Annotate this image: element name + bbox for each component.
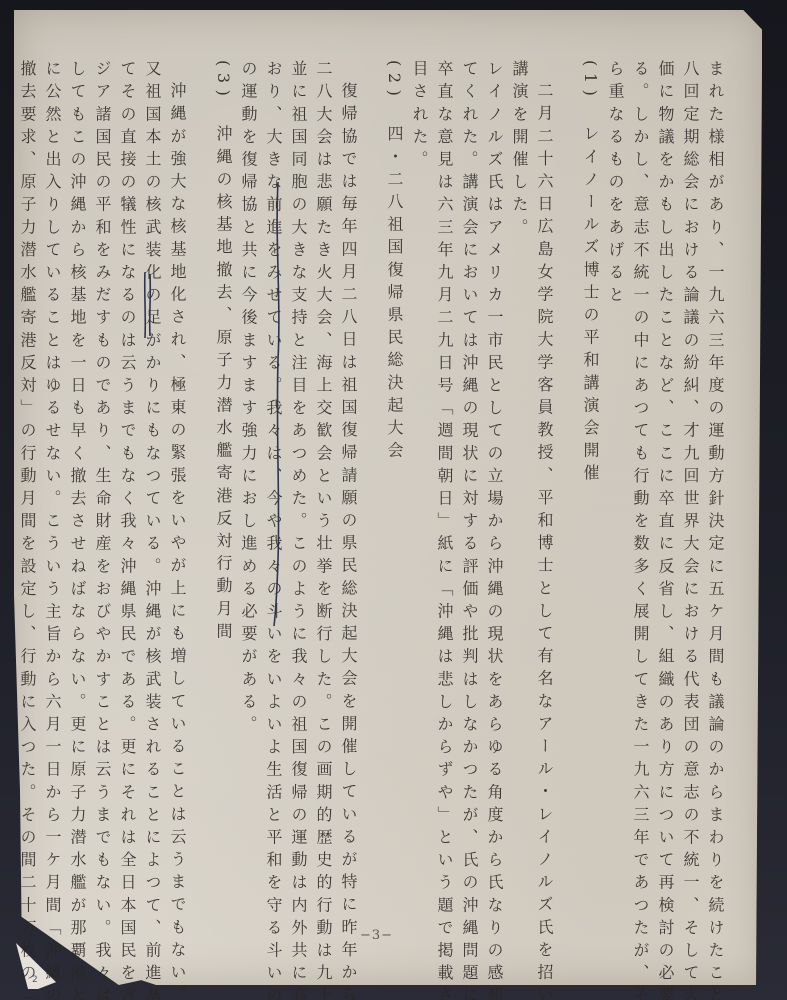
section-3-column: ジア諸国民の平和をみだすものであり、生命財産をおびやかすことは云うまでもない。我… <box>92 60 112 920</box>
handwritten-underline-mark <box>272 180 286 630</box>
intro-column: 八回定期総会における論議の紛糾、才九回世界大会における代表団の意志の不統一、そし… <box>680 60 700 920</box>
section-1-column: 講演を開催した。 <box>509 60 529 920</box>
section-number: (3) <box>214 60 233 102</box>
handwritten-double-mark <box>142 270 154 340</box>
section-3-column: 沖縄が強大な核基地化され、極東の緊張をいやが上にも増していることは云うまでもない… <box>167 60 187 920</box>
scan-background: 2 まれた様相があり、一九六三年度の運動方針決定に五ケ月間も議論のからまわりを続… <box>0 0 787 1000</box>
section-title: 四・二八祖国復帰県民総決起大会 <box>385 125 404 464</box>
section-3-column: てその直接の犠性になるのは云うまでもなく我々沖縄県民である。更にそれは全日本国民… <box>117 60 137 920</box>
section-3-column: してもこの沖縄から核基地を一日も早く撤去させねばならない。更に原子力潜水艦が那覇… <box>67 60 87 920</box>
intro-column: ら重なるものをあげると <box>605 60 625 920</box>
vertical-text-body: まれた様相があり、一九六三年度の運動方針決定に五ケ月間も議論のからまわりを続けた… <box>12 60 725 920</box>
section-2-column: の運動を復帰協と共に今後ますます強力におし進める必要がある。 <box>238 60 258 920</box>
section-1-column: てくれた。講演会においては沖縄の現状に対する評価や批判はしなかつたが、氏の沖縄問… <box>459 60 479 920</box>
section-2-heading: (2) 四・二八祖国復帰県民総決起大会 <box>384 60 404 920</box>
section-title: 沖縄の核基地撤去、原子力潜水艦寄港反対行動月間 <box>214 125 233 645</box>
section-3-column: に公然と出入りしていることはゆるせない。こういう主旨から六月一日から一ケ月間「沖… <box>42 60 62 920</box>
section-1-heading: (1) レイノールズ博士の平和講演会開催 <box>580 60 600 920</box>
section-3-column: 又祖国本土の核武装化の足がかりにもなつている。沖縄が核武装されることによつて、前… <box>142 60 162 920</box>
section-3-heading: (3) 沖縄の核基地撤去、原子力潜水艦寄港反対行動月間 <box>213 60 233 920</box>
section-1-column: 目された。 <box>409 60 429 920</box>
intro-column: 価に物議をかもし出したことなど、ここに卒直に反省し、組織のあり方について再検討の… <box>655 60 675 920</box>
section-2-column: 並に祖国同胞の大きな支持と注目をあつめた。このように我々の祖国復帰の運動は内外共… <box>288 60 308 920</box>
intro-column: る。しかし、意志不統一の中にあつても行動を数多く展開してきた一九六三年であつたが… <box>630 60 650 920</box>
section-1-column: 二月二十六日広島女学院大学客員教授、平和博士として有名なアール・レイノルズ氏を招… <box>534 60 554 920</box>
section-1-column: 卒直な意見は六三年九月二九日号「週間朝日」紙に「沖縄は悲しからずや」という題で掲… <box>434 60 454 920</box>
intro-column: まれた様相があり、一九六三年度の運動方針決定に五ケ月間も議論のからまわりを続けた… <box>705 60 725 920</box>
section-3-column: 撤去要求、原子力潜水艦寄港反対」の行動月間を設定し、行動に入つた。その間二十万枚… <box>17 60 37 920</box>
section-title: レイノールズ博士の平和講演会開催 <box>581 125 600 487</box>
section-2-column: 復帰協では毎年四月二八日は祖国復帰請願の県民総決起大会を開催しているが特に昨年か… <box>338 60 358 920</box>
section-number: (2) <box>385 60 404 102</box>
page-number: −3− <box>360 928 393 943</box>
section-number: (1) <box>581 60 600 102</box>
section-1-column: レイノルズ氏はアメリカ一市民としての立場から沖縄の現状をあらゆる角度から氏なりの… <box>484 60 504 920</box>
section-2-column: 二八大会は悲願たき火大会、海上交歓会という壮挙を断行した。この画期的歴史的行動は… <box>313 60 333 920</box>
